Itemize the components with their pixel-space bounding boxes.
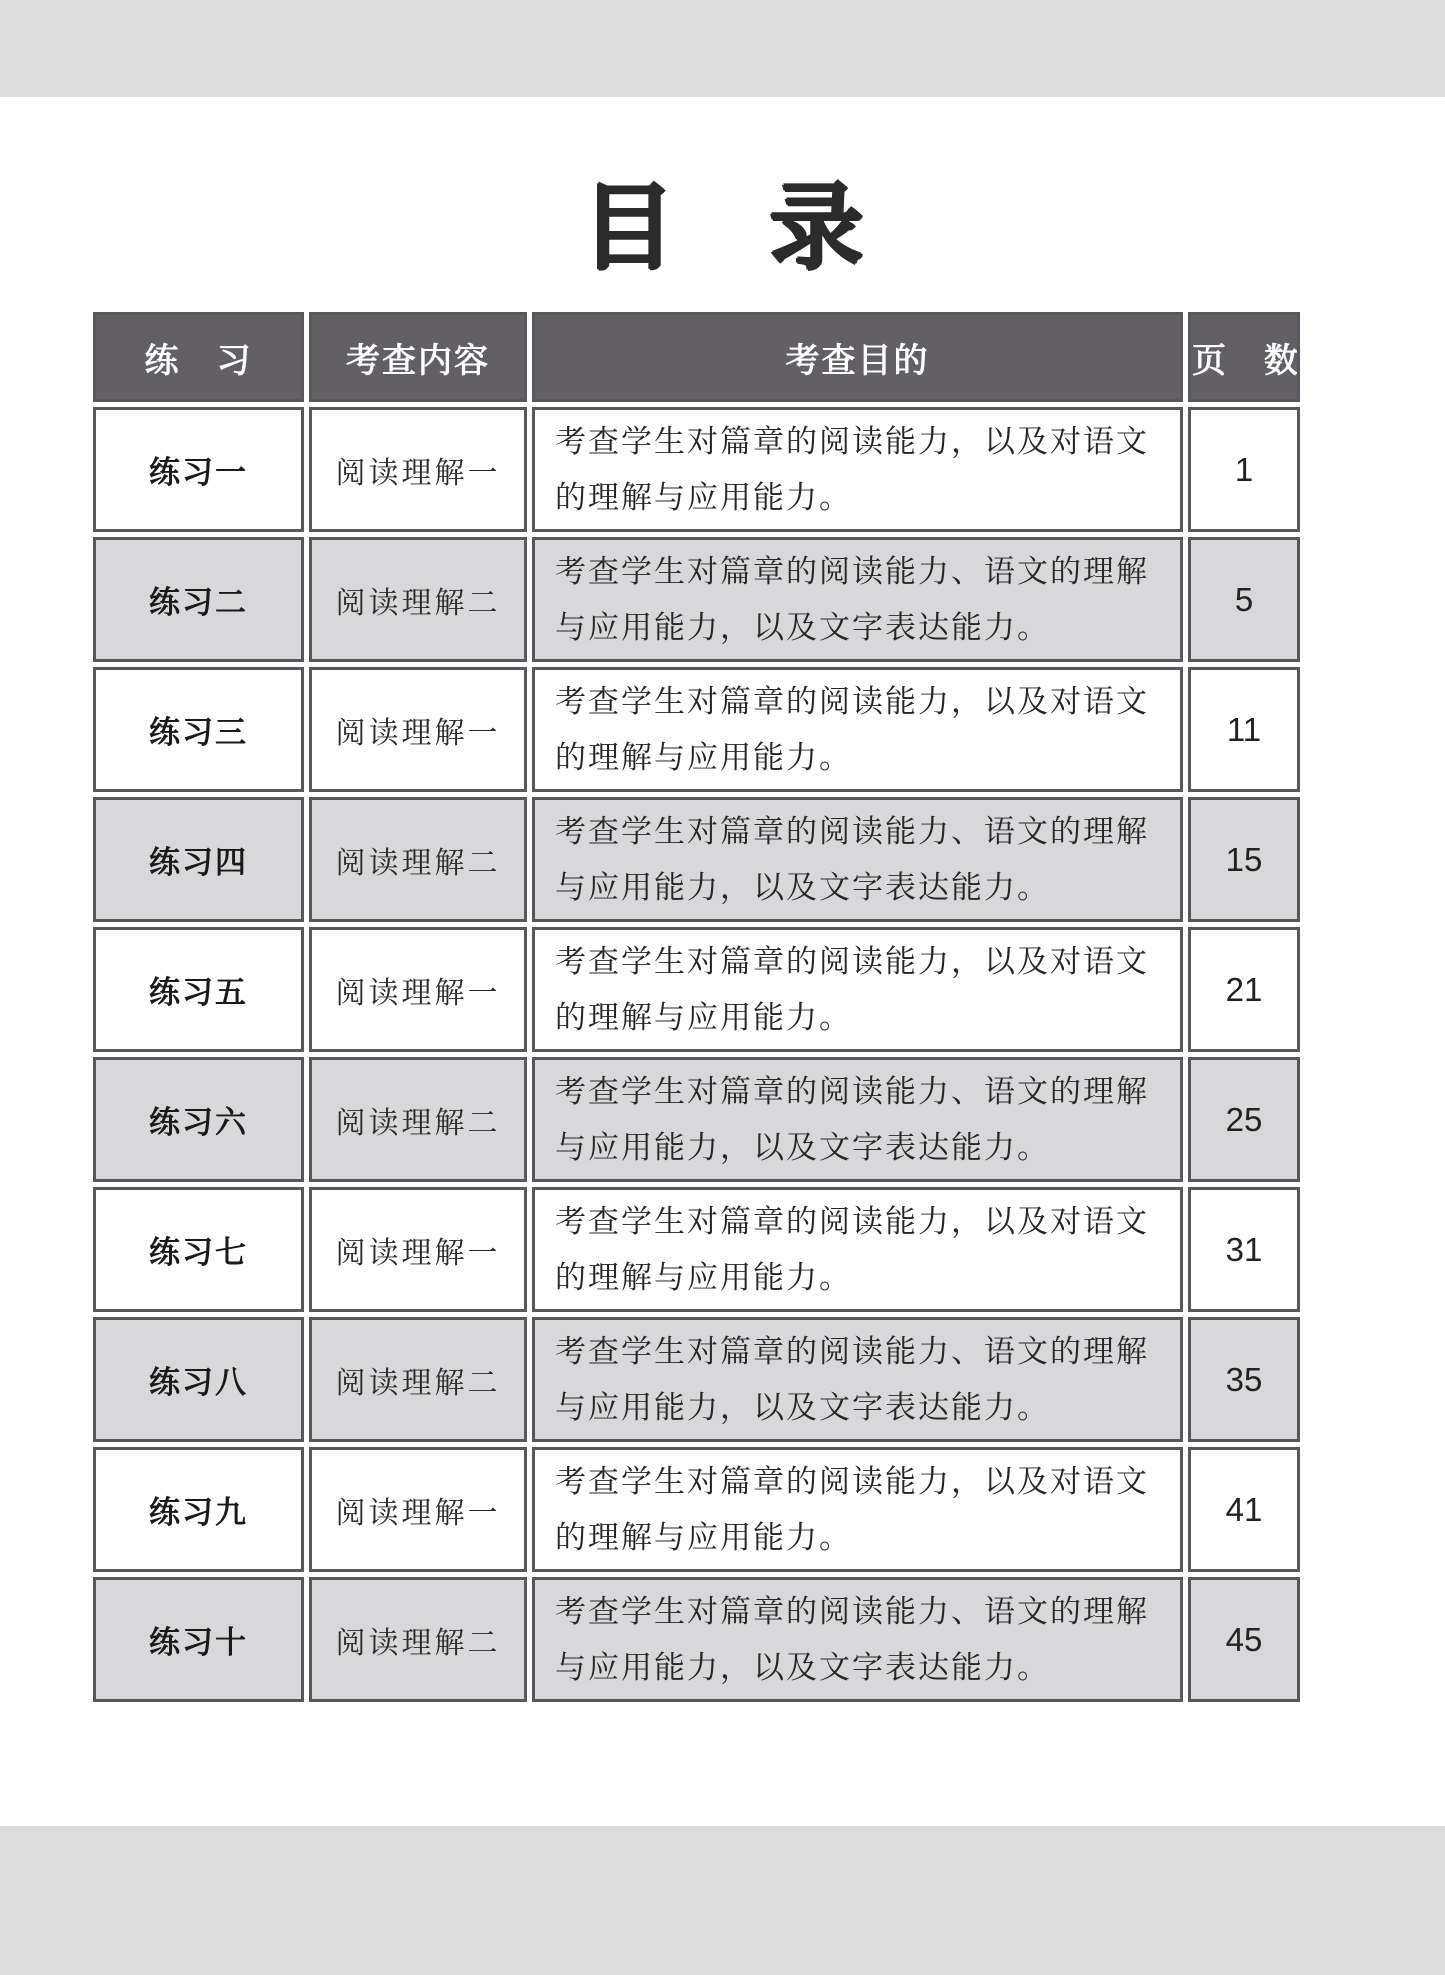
purpose-cell: 考查学生对篇章的阅读能力、语文的理解与应用能力，以及文字表达能力。: [532, 1317, 1183, 1442]
table-row: 练习六 阅读理解二 考查学生对篇章的阅读能力、语文的理解与应用能力，以及文字表达…: [93, 1057, 1300, 1182]
page-number-cell: 11: [1188, 667, 1300, 792]
purpose-cell: 考查学生对篇章的阅读能力，以及对语文的理解与应用能力。: [532, 927, 1183, 1052]
column-header-exercise: 练 习: [93, 312, 304, 402]
exercise-cell: 练习五: [93, 927, 304, 1052]
content-cell: 阅读理解二: [309, 797, 527, 922]
purpose-cell: 考查学生对篇章的阅读能力、语文的理解与应用能力，以及文字表达能力。: [532, 1577, 1183, 1702]
exercise-cell: 练习四: [93, 797, 304, 922]
content-cell: 阅读理解一: [309, 667, 527, 792]
column-header-purpose: 考查目的: [532, 312, 1183, 402]
purpose-cell: 考查学生对篇章的阅读能力，以及对语文的理解与应用能力。: [532, 667, 1183, 792]
page-number-cell: 45: [1188, 1577, 1300, 1702]
page-number-cell: 35: [1188, 1317, 1300, 1442]
toc-table: 练 习 考查内容 考查目的 页 数 练习一 阅读理解一 考查学生对篇章的阅读能力…: [88, 307, 1305, 1707]
exercise-cell: 练习八: [93, 1317, 304, 1442]
exercise-cell: 练习七: [93, 1187, 304, 1312]
exercise-cell: 练习九: [93, 1447, 304, 1572]
content-cell: 阅读理解一: [309, 1187, 527, 1312]
content-cell: 阅读理解二: [309, 1577, 527, 1702]
page-number-cell: 31: [1188, 1187, 1300, 1312]
column-header-page: 页 数: [1188, 312, 1300, 402]
page-number-cell: 41: [1188, 1447, 1300, 1572]
exercise-cell: 练习一: [93, 407, 304, 532]
purpose-cell: 考查学生对篇章的阅读能力、语文的理解与应用能力，以及文字表达能力。: [532, 1057, 1183, 1182]
table-row: 练习八 阅读理解二 考查学生对篇章的阅读能力、语文的理解与应用能力，以及文字表达…: [93, 1317, 1300, 1442]
table-row: 练习四 阅读理解二 考查学生对篇章的阅读能力、语文的理解与应用能力，以及文字表达…: [93, 797, 1300, 922]
table-row: 练习十 阅读理解二 考查学生对篇章的阅读能力、语文的理解与应用能力，以及文字表达…: [93, 1577, 1300, 1702]
purpose-cell: 考查学生对篇章的阅读能力，以及对语文的理解与应用能力。: [532, 407, 1183, 532]
page-number-cell: 1: [1188, 407, 1300, 532]
content-cell: 阅读理解二: [309, 537, 527, 662]
page-number-cell: 25: [1188, 1057, 1300, 1182]
table-row: 练习三 阅读理解一 考查学生对篇章的阅读能力，以及对语文的理解与应用能力。 11: [93, 667, 1300, 792]
exercise-cell: 练习六: [93, 1057, 304, 1182]
exercise-cell: 练习二: [93, 537, 304, 662]
content-cell: 阅读理解一: [309, 927, 527, 1052]
table-row: 练习五 阅读理解一 考查学生对篇章的阅读能力，以及对语文的理解与应用能力。 21: [93, 927, 1300, 1052]
scanned-book-page: { "page": { "title": "目 录" }, "table": {…: [0, 0, 1445, 1975]
table-row: 练习九 阅读理解一 考查学生对篇章的阅读能力，以及对语文的理解与应用能力。 41: [93, 1447, 1300, 1572]
exercise-cell: 练习三: [93, 667, 304, 792]
content-cell: 阅读理解二: [309, 1317, 527, 1442]
purpose-cell: 考查学生对篇章的阅读能力，以及对语文的理解与应用能力。: [532, 1187, 1183, 1312]
exercise-cell: 练习十: [93, 1577, 304, 1702]
table-row: 练习七 阅读理解一 考查学生对篇章的阅读能力，以及对语文的理解与应用能力。 31: [93, 1187, 1300, 1312]
table-header-row: 练 习 考查内容 考查目的 页 数: [93, 312, 1300, 402]
purpose-cell: 考查学生对篇章的阅读能力、语文的理解与应用能力，以及文字表达能力。: [532, 537, 1183, 662]
content-cell: 阅读理解一: [309, 407, 527, 532]
page-number-cell: 15: [1188, 797, 1300, 922]
table-row: 练习二 阅读理解二 考查学生对篇章的阅读能力、语文的理解与应用能力，以及文字表达…: [93, 537, 1300, 662]
content-cell: 阅读理解二: [309, 1057, 527, 1182]
purpose-cell: 考查学生对篇章的阅读能力、语文的理解与应用能力，以及文字表达能力。: [532, 797, 1183, 922]
purpose-cell: 考查学生对篇章的阅读能力，以及对语文的理解与应用能力。: [532, 1447, 1183, 1572]
table-row: 练习一 阅读理解一 考查学生对篇章的阅读能力，以及对语文的理解与应用能力。 1: [93, 407, 1300, 532]
page-number-cell: 5: [1188, 537, 1300, 662]
page-number-cell: 21: [1188, 927, 1300, 1052]
document-page: 目 录 练 习 考查内容 考查目的 页 数 练习一 阅读理解一 考查学生对篇章的…: [0, 97, 1445, 1826]
page-title: 目 录: [0, 152, 1445, 287]
content-cell: 阅读理解一: [309, 1447, 527, 1572]
column-header-content: 考查内容: [309, 312, 527, 402]
